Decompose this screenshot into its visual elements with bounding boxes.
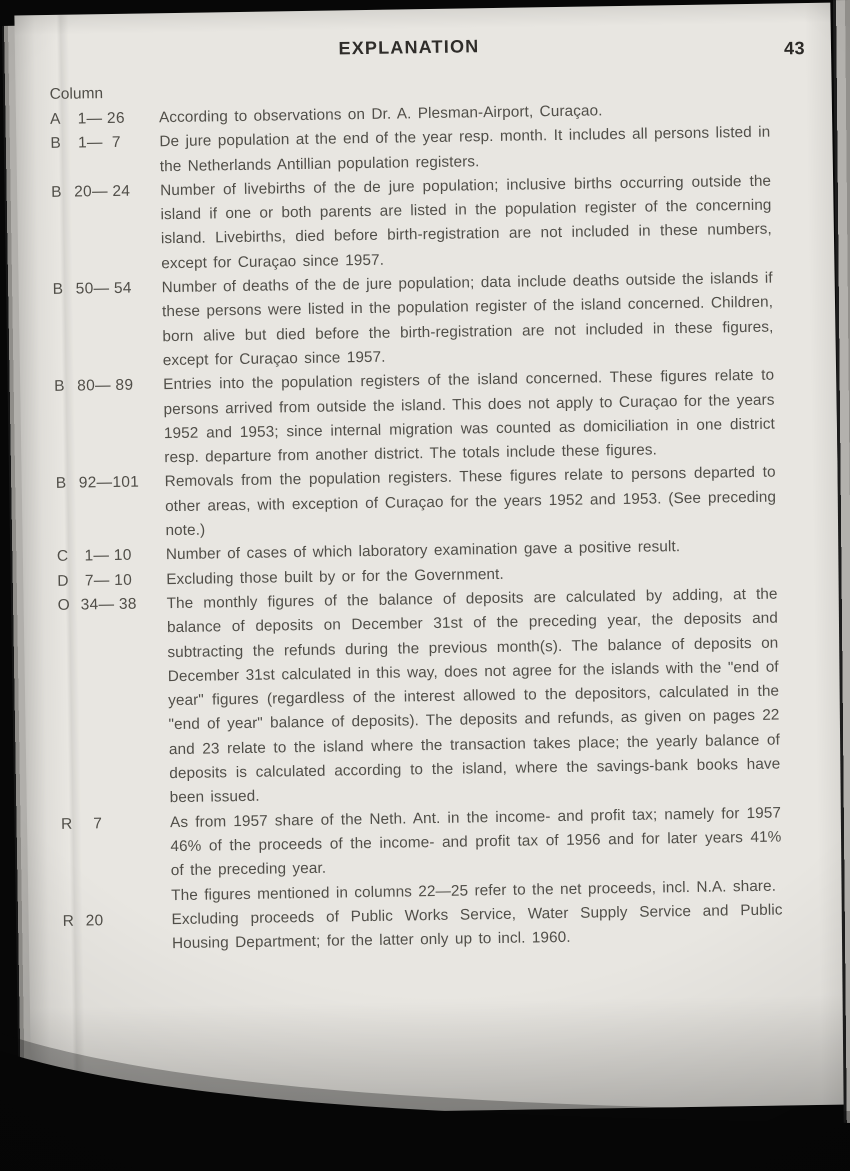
- entry-code-range: 1— 10: [80, 544, 132, 569]
- entry-description: The monthly figures of the balance of de…: [166, 582, 780, 810]
- explanation-entry: B92—101 Removals from the population reg…: [56, 461, 777, 545]
- entry-description: Excluding proceeds of Public Works Servi…: [171, 898, 783, 956]
- entry-code-range: 1— 7: [73, 131, 121, 156]
- explanation-entry: B80— 89 Entries into the population regi…: [54, 364, 775, 472]
- explanation-entry: B50— 54 Number of deaths of the de jure …: [53, 267, 774, 375]
- entry-paragraph: Removals from the population registers. …: [165, 461, 777, 543]
- entry-code-range: 92—101: [79, 471, 140, 496]
- entry-code-letter: D: [57, 569, 80, 594]
- entry-code-range: 80— 89: [77, 374, 133, 399]
- entry-paragraph: As from 1957 share of the Neth. Ant. in …: [170, 801, 782, 883]
- book-photo: EXPLANATION 43 Column A 1— 26 According …: [0, 0, 850, 1171]
- entry-paragraph: Number of livebirths of the de jure popu…: [160, 170, 772, 277]
- explanation-list: A 1— 26 According to observations on Dr.…: [50, 97, 783, 959]
- entry-code: O34— 38: [57, 592, 166, 618]
- explanation-entry: O34— 38 The monthly figures of the balan…: [57, 582, 780, 812]
- entry-code-letter: B: [50, 132, 73, 157]
- entry-paragraph: Excluding proceeds of Public Works Servi…: [171, 898, 783, 956]
- entry-code-range: 7— 10: [80, 568, 132, 593]
- entry-description: Removals from the population registers. …: [165, 461, 777, 543]
- page-header: EXPLANATION 43: [49, 32, 769, 67]
- entry-code: C 1— 10: [57, 544, 166, 570]
- entry-code-range: 20: [85, 909, 103, 934]
- entry-description: Number of livebirths of the de jure popu…: [160, 170, 772, 277]
- entry-paragraph: The monthly figures of the balance of de…: [166, 582, 780, 810]
- entry-code-letter: O: [57, 593, 80, 618]
- entry-code-range: 7: [84, 812, 103, 837]
- page-title: EXPLANATION: [338, 36, 479, 59]
- entry-code-range: 34— 38: [80, 593, 136, 618]
- entry-code: A 1— 26: [50, 106, 159, 132]
- entry-code-letter: B: [53, 278, 76, 303]
- entry-code-letter: C: [57, 545, 80, 570]
- entry-code: D 7— 10: [57, 568, 166, 594]
- entry-code-letter: R: [61, 812, 84, 837]
- page-bottom-shadow: [0, 1031, 850, 1171]
- entry-code-letter: A: [50, 108, 73, 133]
- entry-code-letter: B: [51, 180, 74, 205]
- page-content: EXPLANATION 43 Column A 1— 26 According …: [49, 32, 783, 959]
- explanation-entry: R 7 As from 1957 share of the Neth. Ant.…: [61, 801, 782, 909]
- entry-description: Entries into the population registers of…: [163, 364, 775, 471]
- explanation-entry: B20— 24 Number of livebirths of the de j…: [51, 170, 772, 278]
- entry-code: R 7: [61, 811, 170, 837]
- entry-code-range: 50— 54: [76, 277, 132, 302]
- entry-code: R20: [62, 908, 171, 934]
- entry-code: B92—101: [56, 471, 165, 497]
- entry-paragraph: Entries into the population registers of…: [163, 364, 775, 471]
- book-page: EXPLANATION 43 Column A 1— 26 According …: [14, 3, 847, 1118]
- page-number: 43: [784, 38, 805, 59]
- entry-description: As from 1957 share of the Neth. Ant. in …: [170, 801, 782, 908]
- explanation-entry: R20 Excluding proceeds of Public Works S…: [62, 898, 783, 958]
- entry-paragraph: Number of deaths of the de jure populati…: [162, 267, 774, 374]
- entry-code: B50— 54: [53, 276, 162, 302]
- entry-code-letter: B: [54, 375, 77, 400]
- entry-code: B80— 89: [54, 373, 163, 399]
- entry-code-letter: B: [56, 472, 79, 497]
- entry-description: Number of deaths of the de jure populati…: [162, 267, 774, 374]
- entry-code-range: 20— 24: [74, 180, 130, 205]
- entry-code-range: 1— 26: [73, 107, 125, 132]
- entry-code: B20— 24: [51, 179, 160, 205]
- entry-code: B 1— 7: [50, 131, 159, 157]
- entry-code-letter: R: [62, 909, 85, 934]
